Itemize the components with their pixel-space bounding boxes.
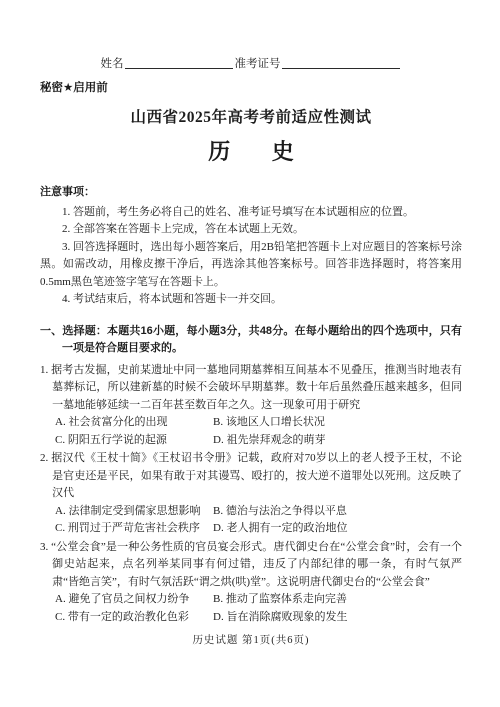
question-2: 2. 据汉代《王杖十简》《王杖诏书令册》记载，政府对70岁以上的老人授予王杖，不… bbox=[40, 450, 462, 538]
exam-title: 山西省2025年高考考前适应性测试 bbox=[40, 109, 462, 127]
subject-title: 历 史 bbox=[58, 143, 462, 161]
notice-heading: 注意事项： bbox=[40, 184, 462, 202]
question-1-options: A. 社会贫富分化的出现 B. 该地区人口增长状况 C. 阴阳五行学说的起源 D… bbox=[40, 414, 462, 449]
name-label: 姓名 bbox=[101, 56, 124, 74]
question-3: 3. “公堂会食”是一种公务性质的官员宴会形式。唐代御史台在“公堂会食”时，会有… bbox=[40, 539, 462, 627]
candidate-info-line: 姓名准考证号 bbox=[40, 56, 462, 74]
page-footer: 历史试题 第1页(共6页) bbox=[40, 632, 462, 650]
ticket-number-label: 准考证号 bbox=[235, 56, 281, 74]
secrecy-notice: 秘密★启用前 bbox=[40, 80, 462, 98]
question-2-option-a[interactable]: A. 法律制定受到儒家思想影响 bbox=[55, 503, 213, 521]
notice-item-2: 2. 全部答案在答题卡上完成，答在本试题上无效。 bbox=[40, 221, 462, 239]
question-3-option-b[interactable]: B. 推动了监察体系走向完善 bbox=[213, 591, 462, 609]
question-1-stem: 1. 据考古发掘，史前某遗址中同一墓地同期墓葬相互间基本不见叠压，推测当时地表有… bbox=[40, 362, 462, 415]
question-1-option-b[interactable]: B. 该地区人口增长状况 bbox=[213, 414, 462, 432]
exam-paper-page: 姓名准考证号 秘密★启用前 山西省2025年高考考前适应性测试 历 史 注意事项… bbox=[0, 0, 500, 707]
question-2-stem: 2. 据汉代《王杖十简》《王杖诏书令册》记载，政府对70岁以上的老人授予王杖，不… bbox=[40, 450, 462, 503]
question-2-option-c[interactable]: C. 刑罚过于严苛危害社会秩序 bbox=[55, 520, 213, 538]
notice-item-3: 3. 回答选择题时，选出每小题答案后，用2B铅笔把答题卡上对应题目的答案标号涂黑… bbox=[40, 239, 462, 292]
question-1: 1. 据考古发掘，史前某遗址中同一墓地同期墓葬相互间基本不见叠压，推测当时地表有… bbox=[40, 362, 462, 450]
question-1-option-c[interactable]: C. 阴阳五行学说的起源 bbox=[55, 432, 213, 450]
question-1-option-a[interactable]: A. 社会贫富分化的出现 bbox=[55, 414, 213, 432]
question-2-option-b[interactable]: B. 德治与法治之争得以平息 bbox=[213, 503, 462, 521]
question-3-option-a[interactable]: A. 避免了官员之间权力纷争 bbox=[55, 591, 213, 609]
question-3-stem: 3. “公堂会食”是一种公务性质的官员宴会形式。唐代御史台在“公堂会食”时，会有… bbox=[40, 539, 462, 592]
question-2-options: A. 法律制定受到儒家思想影响 B. 德治与法治之争得以平息 C. 刑罚过于严苛… bbox=[40, 503, 462, 538]
name-blank-field[interactable] bbox=[125, 56, 233, 69]
question-2-option-d[interactable]: D. 老人拥有一定的政治地位 bbox=[213, 520, 462, 538]
notice-item-1: 1. 答题前，考生务必将自己的姓名、准考证号填写在本试题相应的位置。 bbox=[40, 204, 462, 222]
question-3-option-d[interactable]: D. 旨在消除腐败现象的发生 bbox=[213, 609, 462, 627]
question-1-option-d[interactable]: D. 祖先崇拜观念的萌芽 bbox=[213, 432, 462, 450]
question-3-options: A. 避免了官员之间权力纷争 B. 推动了监察体系走向完善 C. 带有一定的政治… bbox=[40, 591, 462, 626]
ticket-number-blank-field[interactable] bbox=[282, 56, 400, 69]
question-3-option-c[interactable]: C. 带有一定的政治教化色彩 bbox=[55, 609, 213, 627]
section-heading-multiple-choice: 一、选择题：本题共16小题，每小题3分，共48分。在每小题给出的四个选项中，只有… bbox=[40, 323, 462, 358]
notice-item-4: 4. 考试结束后，将本试题和答题卡一并交回。 bbox=[40, 291, 462, 309]
